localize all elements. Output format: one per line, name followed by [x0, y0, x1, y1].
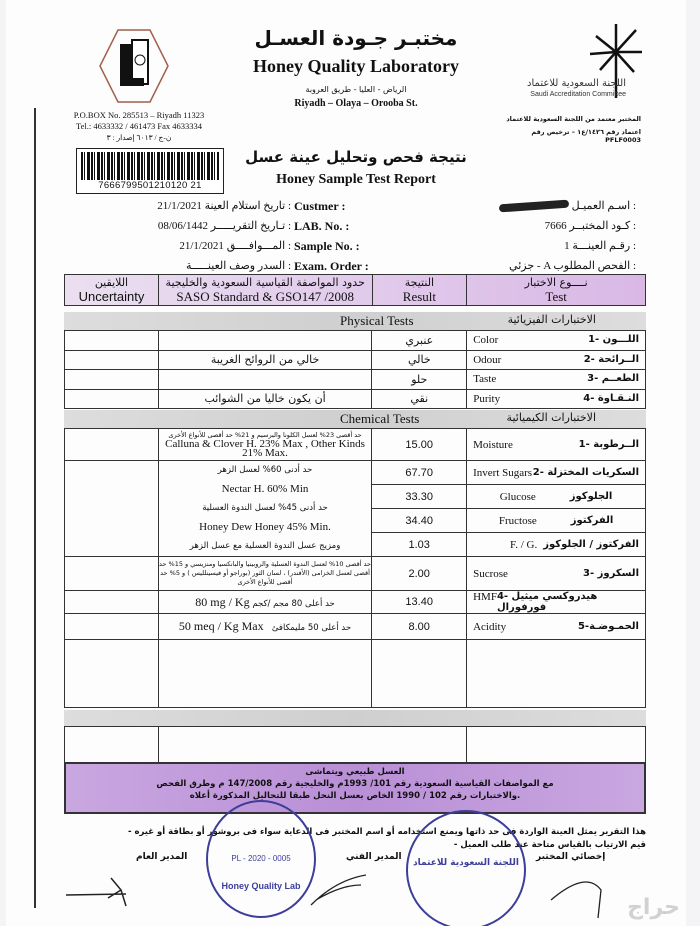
report-page: P.O.BOX No. 285513 – Riyadh 11323 Tel.: …: [6, 0, 686, 926]
conclusion-line2: مع المواصفات القياسية السعودية رقم 101/ …: [66, 778, 644, 790]
table-row: 50 meq / Kg Max حد أعلى 50 مليمكافئ 8.00…: [65, 614, 646, 640]
label-sample-no: Sample No. :: [294, 236, 414, 256]
haraj-watermark: حراج: [627, 895, 680, 920]
lab-hexagon-logo-icon: [98, 28, 170, 104]
barcode: 7666799501210120 21: [76, 148, 224, 194]
col-result: النتيجةResult: [372, 275, 467, 306]
specialist-signature-icon: [546, 870, 616, 920]
table-row: حد أقصى 10% لعسل الندوة العسلية والروبين…: [65, 557, 646, 591]
table-row: حد أقصى 23% لعسل الكلونا والبرسيم و 21% …: [65, 429, 646, 461]
divider-band: [64, 710, 646, 726]
signature-specialist: إخصائي المختبر: [536, 852, 605, 862]
table-row: خالي من الروائح الغريبة خالي Odour2- الـ…: [65, 350, 646, 370]
col-test: نــــوع الاختبارTest: [467, 275, 646, 306]
info-labels-en: Custmer : LAB. No. : Sample No. : Exam. …: [294, 196, 414, 276]
physical-tests-section: Physical Tests الاختبارات الفيزيائية: [64, 312, 646, 330]
info-exam-type: جزئي - A الفحص المطلوب :: [446, 256, 636, 276]
results-table-header: اللايقينUncertainty حدود المواصفة القياس…: [64, 274, 646, 306]
conclusion-box: العسل طبيعي ويتماشى مع المواصفات القياسي…: [64, 762, 646, 814]
lab-address-en: Riyadh – Olaya – Orooba St.: [236, 98, 476, 109]
sac-stamp: اللجنة السعودية للاعتماد: [406, 810, 526, 926]
report-notes: - هذا التقرير يمثل العينة الواردة فى حد …: [86, 826, 646, 852]
info-corresponding-date: 21/1/2021 المـــوافــــق :: [126, 236, 291, 256]
table-row: حلو Taste3- الطعــم: [65, 370, 646, 390]
info-dates: 21/1/2021 تاريخ استلام العينة : 08/06/14…: [126, 196, 291, 276]
technical-manager-signature-icon: [306, 870, 376, 910]
table-row: عنبري Color1- اللـــون: [65, 331, 646, 351]
signature-technical-manager: المدير الفني: [346, 852, 402, 862]
note-2: - قيم الارتياب بالقياس متاحة عند طلب الع…: [86, 839, 646, 852]
label-lab-no: LAB. No. :: [294, 216, 414, 236]
empty-table: [64, 726, 646, 763]
barcode-bars: [81, 152, 219, 180]
accreditation-license: اعتماد رقم ١٤٢٦/ع١ – ترخيص رقم PFLF0003: [496, 128, 641, 144]
tel-fax: Tel.: 4633332 / 461473 Fax 4633334: [54, 121, 224, 132]
lab-address-ar: الرياض - العليا - طريق العروبة: [236, 85, 476, 94]
lab-stamp: PL - 2020 - 0005 Honey Quality Lab: [206, 800, 316, 918]
empty-row: [65, 640, 646, 708]
info-sample-number: 1 رقـم العينـــة :: [446, 236, 636, 256]
chemical-tests-table: حد أقصى 23% لعسل الكلونا والبرسيم و 21% …: [64, 428, 646, 708]
lab-name-ar: مختبـر جـودة العسـل: [236, 26, 476, 50]
note-1: - هذا التقرير يمثل العينة الواردة فى حد …: [86, 826, 646, 839]
table-row: 80 mg / Kg حد أعلى 80 مجم /كجم 13.40 HMF…: [65, 591, 646, 614]
left-margin-rule: [34, 108, 36, 908]
info-customer: اسـم العميـل : 7666 كـود المختبــر : 1 ر…: [446, 196, 636, 276]
info-lab-code: 7666 كـود المختبــر :: [446, 216, 636, 236]
col-standard: حدود المواصفة القياسية السعودية والخليجي…: [158, 275, 372, 306]
lab-name-en: Honey Quality Laboratory: [236, 56, 476, 77]
signature-general-manager: المدير العام: [136, 852, 187, 862]
table-row: أن يكون خاليا من الشوائب نقي Purity4- ال…: [65, 389, 646, 409]
general-manager-signature-icon: [66, 870, 166, 910]
physical-tests-table: عنبري Color1- اللـــون خالي من الروائح ا…: [64, 330, 646, 409]
sac-name-ar: اللجنة السعودية للاعتماد: [506, 78, 626, 89]
label-customer: Custmer :: [294, 196, 414, 216]
report-title-en: Honey Sample Test Report: [236, 172, 476, 188]
col-uncertainty: اللايقينUncertainty: [65, 275, 159, 306]
conclusion-line3: والاختبارات رقم 102 / 1990 الخاص بعسل ال…: [66, 790, 644, 802]
conclusion-line1: العسل طبيعي ويتماشى: [66, 766, 644, 778]
po-box: P.O.BOX No. 285513 – Riyadh 11323: [54, 110, 224, 121]
report-title-ar: نتيجة فحص وتحليل عينة عسل: [236, 148, 476, 166]
info-receive-date: 21/1/2021 تاريخ استلام العينة :: [126, 196, 291, 216]
barcode-number: 7666799501210120 21: [81, 180, 219, 191]
sac-name-en: Saudi Accreditation Committee: [506, 91, 626, 98]
table-row: حد أدنى 60% لعسل الزهر Nectar H. 60% Min…: [65, 461, 646, 485]
lab-contact-block: P.O.BOX No. 285513 – Riyadh 11323 Tel.: …: [54, 110, 224, 143]
info-customer-name: اسـم العميـل :: [446, 196, 636, 216]
redacted-name: [499, 200, 569, 213]
info-report-date: 08/06/1442 تـاريخ التقريـــــر :: [126, 216, 291, 236]
label-exam-order: Exam. Order :: [294, 256, 414, 276]
form-reference: ن-ج / ٦٠١٣ إصدار : ٣: [54, 132, 224, 143]
accreditation-note: المختبر معتمد من اللجنة السعودية للاعتما…: [496, 115, 641, 123]
chemical-tests-section: Chemical Tests الاختبارات الكيميائية: [64, 410, 646, 428]
info-sample-description: السدر وصف العينـــــة :: [126, 256, 291, 276]
